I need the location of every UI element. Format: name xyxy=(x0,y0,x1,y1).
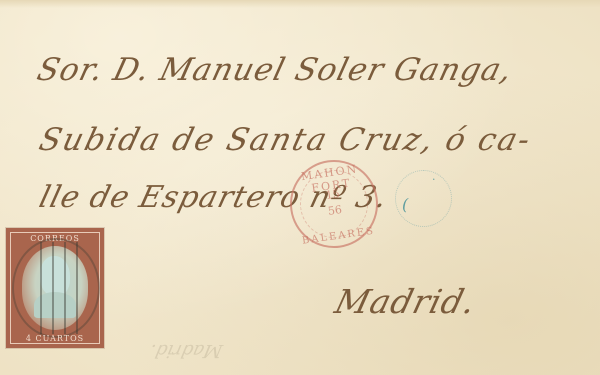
cancellation-bar xyxy=(40,242,42,334)
blue-faint-mark: ( · xyxy=(395,170,452,227)
cancellation-bar xyxy=(64,242,66,334)
address-line-1: Sor. D. Manuel Soler Ganga, xyxy=(34,52,517,88)
blue-mark-dot: · xyxy=(432,173,436,186)
postage-stamp: CORREOS 4 CUARTOS xyxy=(6,228,104,348)
envelope-top-edge xyxy=(0,0,600,8)
stamp-cancellation-oval xyxy=(12,238,100,338)
blue-mark-glyph: ( xyxy=(402,195,408,214)
cancellation-bar xyxy=(52,242,54,334)
show-through-writing: Madrid. xyxy=(148,340,225,361)
stamp-value-label: 4 CUARTOS xyxy=(6,334,104,343)
address-line-2: Subida de Santa Cruz, ó ca- xyxy=(36,122,536,158)
address-city: Madrid. xyxy=(331,282,480,321)
cancellation-bar xyxy=(76,242,78,334)
